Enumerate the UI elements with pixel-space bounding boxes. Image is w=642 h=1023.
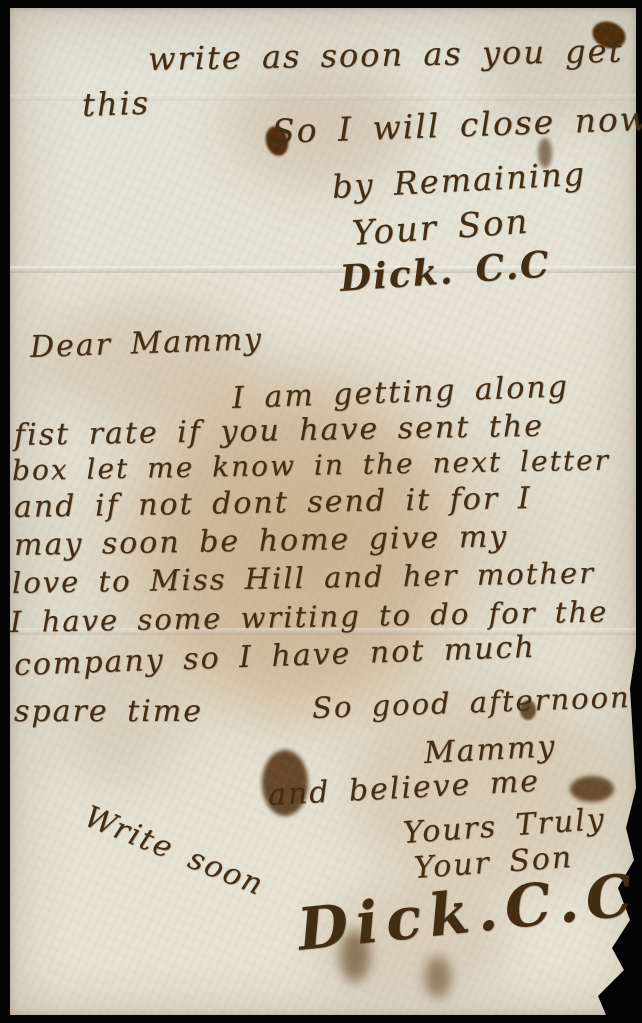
ink-blot [425,956,451,998]
ink-blot [570,776,614,802]
scanned-letter: write as soon as you get this So I will … [0,0,642,1023]
letter-line: spare time [14,694,203,729]
letter-line: this [81,84,150,124]
